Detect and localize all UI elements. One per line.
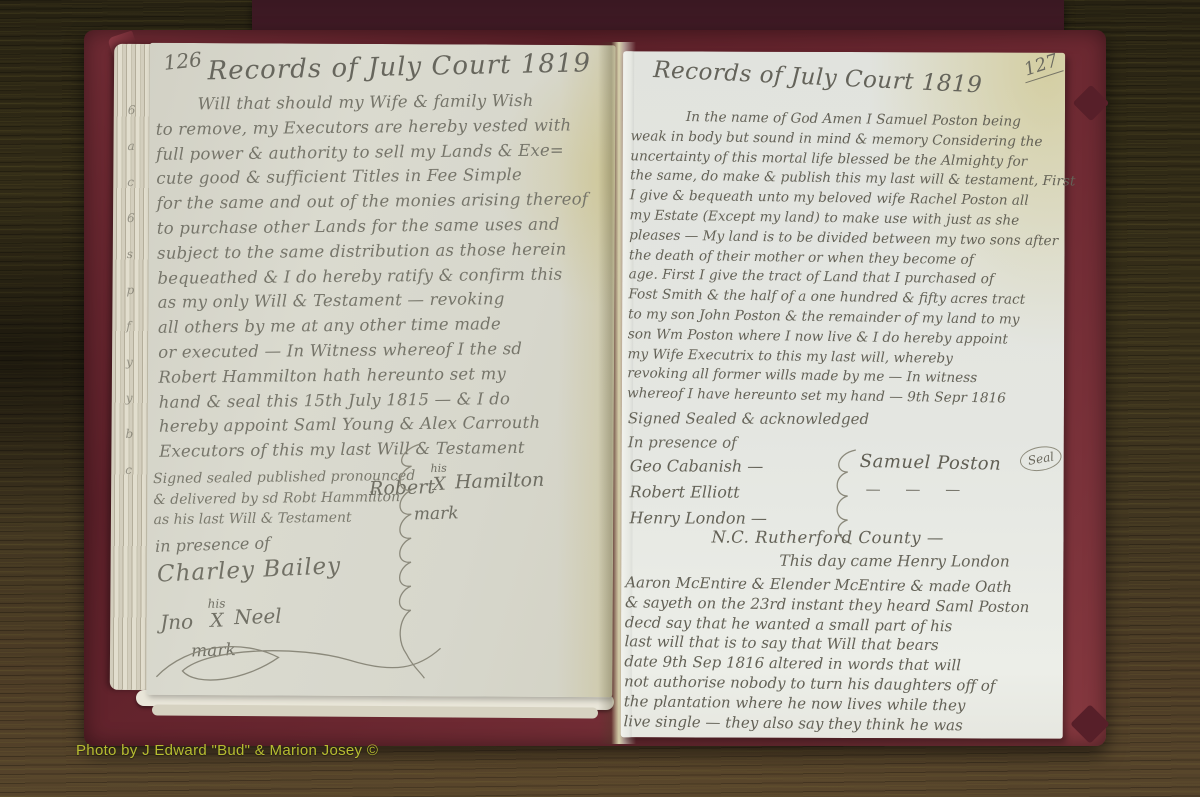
- right-page-title: Records of July Court 1819: [653, 57, 1038, 101]
- pen-flourish-underline: [148, 635, 448, 699]
- witness-list: Geo Cabanish — Robert Elliott Henry Lond…: [630, 453, 768, 531]
- handwritten-line: live single — they also say they think h…: [623, 712, 1057, 737]
- witness-signature: Geo Cabanish —: [630, 453, 767, 479]
- signature-x-mark: X: [433, 474, 446, 495]
- handwritten-line: bequeathed & I do hereby ratify & confir…: [157, 262, 611, 292]
- left-page: 126 Records of July Court 1819 Will that…: [146, 43, 615, 697]
- right-page-body: In the name of God Amen I Samuel Poston …: [627, 107, 1061, 410]
- leather-corner-fold-bottom-right: [1070, 704, 1110, 744]
- witness-signature: Robert Elliott: [630, 479, 767, 505]
- county-heading: N.C. Rutherford County —: [711, 528, 943, 548]
- page-edge-letter-fragments: 6 a c 6 s p f y y b c: [125, 92, 148, 488]
- leather-corner-fold-top-right: [1073, 85, 1110, 122]
- testator-signature: Samuel Poston: [860, 451, 1002, 475]
- signature-first-name: Jno: [160, 609, 194, 634]
- signature-last-name: Neel: [234, 604, 282, 629]
- oath-paragraph: Aaron McEntire & Elender McEntire & made…: [623, 573, 1059, 737]
- witness-signature: Charley Bailey: [156, 553, 341, 588]
- left-page-body: Will that should my Wife & family Wish t…: [155, 88, 613, 465]
- photo-credit-watermark: Photo by J Edward "Bud" & Marion Josey ©: [76, 742, 378, 759]
- came-line: This day came Henry London: [779, 552, 1009, 571]
- presence-heading: In presence of: [628, 433, 737, 451]
- dash-row: — — —: [866, 480, 971, 498]
- photo-of-record-book: 6 a c 6 s p f y y b c 126 Records of Jul…: [0, 0, 1200, 797]
- left-page-title: Records of July Court 1819: [207, 48, 610, 86]
- presence-heading: in presence of: [155, 533, 270, 555]
- signature-x-mark: X: [210, 609, 224, 631]
- right-page: Records of July Court 1819 127 In the na…: [621, 51, 1065, 739]
- left-page-number: 126: [163, 47, 203, 75]
- right-page-number: 127: [1019, 49, 1064, 83]
- signed-sealed-line: Signed Sealed & acknowledged: [628, 409, 869, 428]
- seal-label: Seal: [1018, 443, 1064, 474]
- handwritten-line: full power & authority to sell my Lands …: [156, 138, 610, 168]
- signature-last-name: Hamilton: [455, 469, 545, 494]
